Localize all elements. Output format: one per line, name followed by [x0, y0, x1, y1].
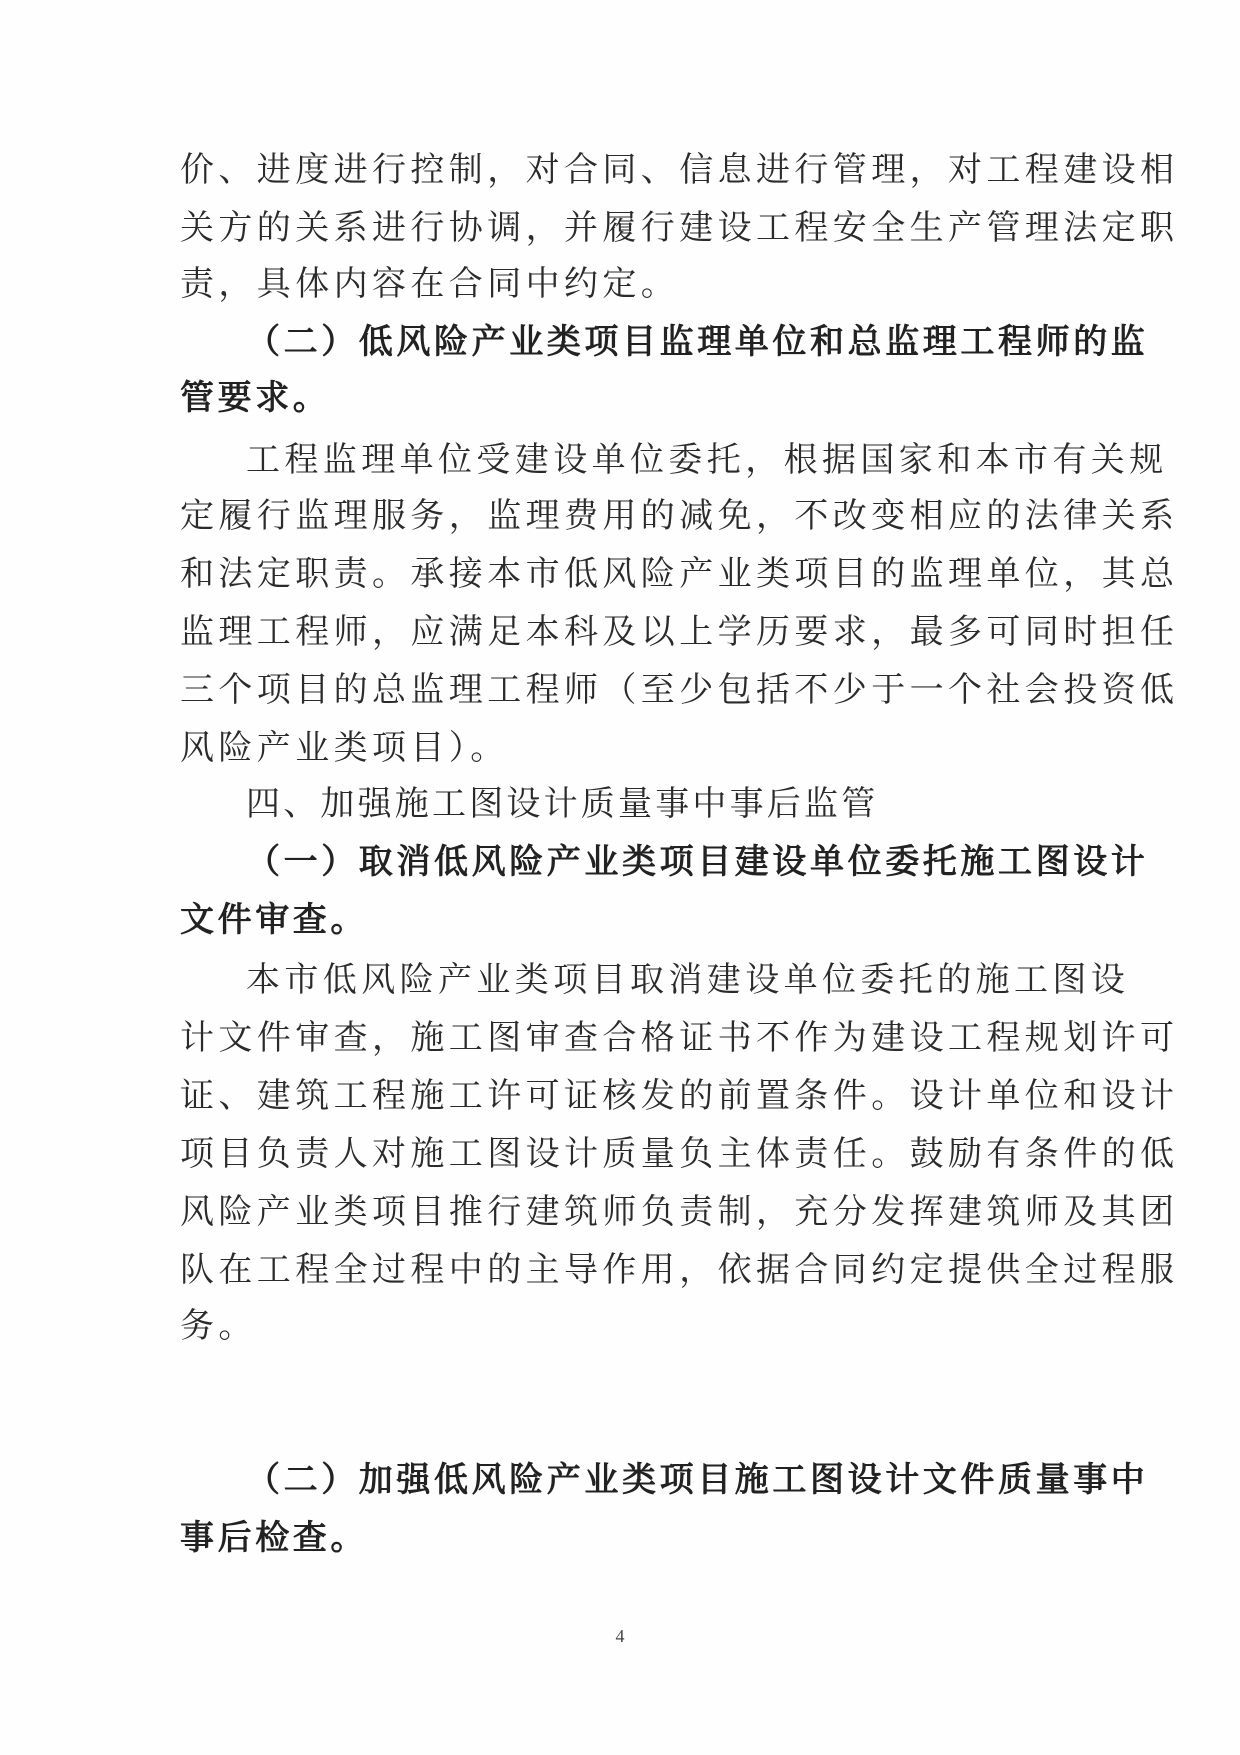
body-line: 本市低风险产业类项目取消建设单位委托的施工图设 — [246, 960, 1060, 1000]
body-line: 价、进度进行控制，对合同、信息进行管理，对工程建设相 — [180, 150, 1060, 190]
section-subheading: （二）加强低风险产业类项目施工图设计文件质量事中 — [246, 1460, 1060, 1500]
body-line: 责，具体内容在合同中约定。 — [180, 264, 1060, 304]
page-number: 4 — [0, 1626, 1240, 1647]
section-subheading: （一）取消低风险产业类项目建设单位委托施工图设计 — [246, 842, 1060, 882]
body-line: 工程监理单位受建设单位委托，根据国家和本市有关规 — [246, 440, 1060, 480]
section-heading: 四、加强施工图设计质量事中事后监管 — [246, 784, 1060, 824]
section-subheading: 文件审查。 — [180, 900, 1060, 940]
body-line: 队在工程全过程中的主导作用，依据合同约定提供全过程服 — [180, 1250, 1060, 1290]
body-line: 和法定职责。承接本市低风险产业类项目的监理单位，其总 — [180, 554, 1060, 594]
section-subheading: 管要求。 — [180, 378, 1060, 418]
section-subheading: 事后检查。 — [180, 1518, 1060, 1558]
body-line: 定履行监理服务，监理费用的减免，不改变相应的法律关系 — [180, 496, 1060, 536]
body-line: 关方的关系进行协调，并履行建设工程安全生产管理法定职 — [180, 208, 1060, 248]
body-line: 风险产业类项目）。 — [180, 728, 1060, 768]
body-line: 证、建筑工程施工许可证核发的前置条件。设计单位和设计 — [180, 1076, 1060, 1116]
body-line: 风险产业类项目推行建筑师负责制，充分发挥建筑师及其团 — [180, 1192, 1060, 1232]
body-line: 监理工程师，应满足本科及以上学历要求，最多可同时担任 — [180, 612, 1060, 652]
body-line: 计文件审查，施工图审查合格证书不作为建设工程规划许可 — [180, 1018, 1060, 1058]
body-line: 项目负责人对施工图设计质量负主体责任。鼓励有条件的低 — [180, 1134, 1060, 1174]
body-line: 务。 — [180, 1306, 1060, 1346]
section-subheading: （二）低风险产业类项目监理单位和总监理工程师的监 — [246, 322, 1060, 362]
body-line: 三个项目的总监理工程师（至少包括不少于一个社会投资低 — [180, 670, 1060, 710]
document-page: 价、进度进行控制，对合同、信息进行管理，对工程建设相 关方的关系进行协调，并履行… — [0, 0, 1240, 1755]
